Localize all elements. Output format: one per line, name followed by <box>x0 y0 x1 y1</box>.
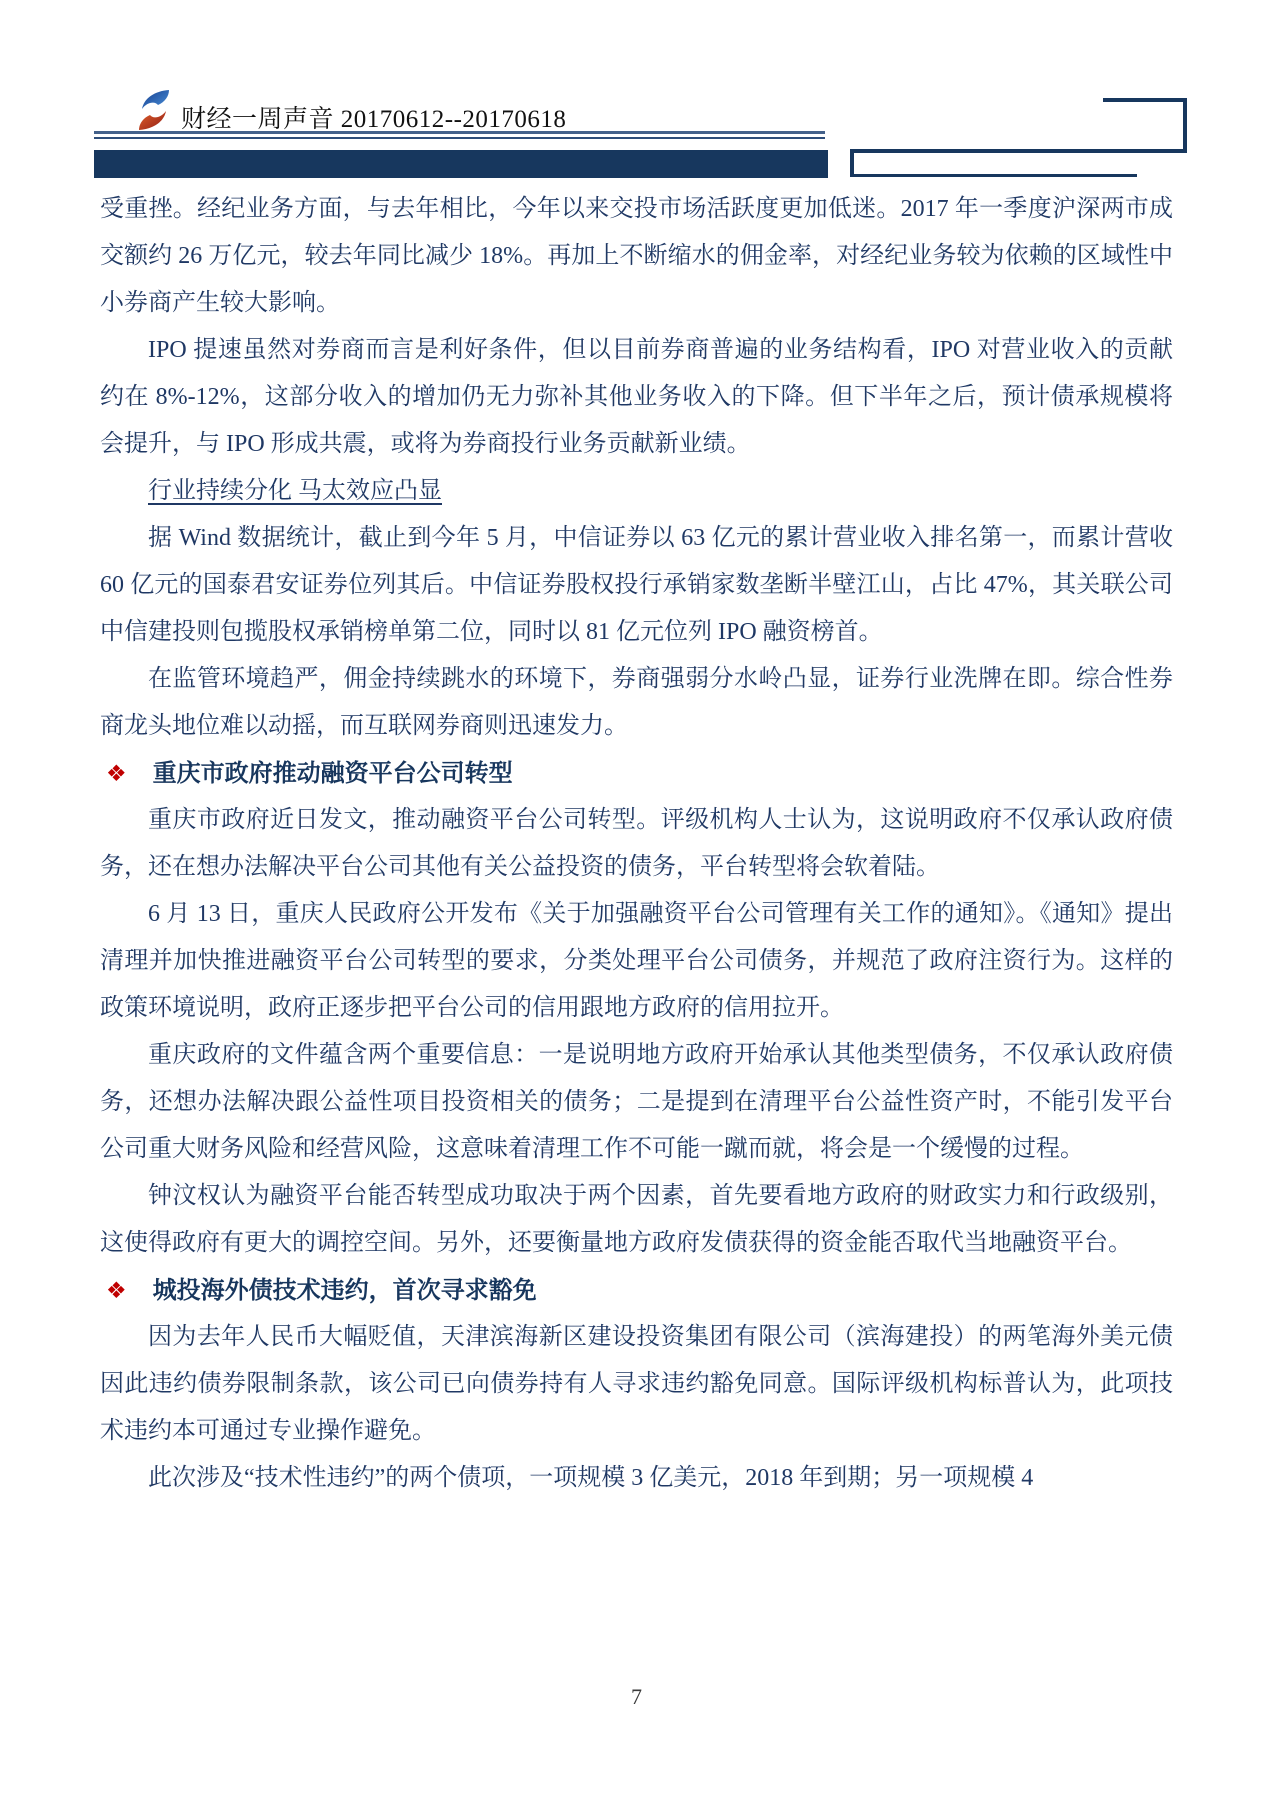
paragraph: 重庆政府的文件蕴含两个重要信息：一是说明地方政府开始承认其他类型债务，不仅承认政… <box>100 1032 1173 1173</box>
paragraph: 在监管环境趋严，佣金持续跳水的环境下，券商强弱分水岭凸显，证券行业洗牌在即。综合… <box>100 656 1173 750</box>
bullet-heading: ❖重庆市政府推动融资平台公司转型 <box>100 750 1173 797</box>
report-title: 财经一周声音 20170612--20170618 <box>181 99 566 135</box>
paragraph: 钟汶权认为融资平台能否转型成功取决于两个因素，首先要看地方政府的财政实力和行政级… <box>100 1173 1173 1267</box>
paragraph: 6 月 13 日，重庆人民政府公开发布《关于加强融资平台公司管理有关工作的通知》… <box>100 891 1173 1032</box>
diamond-bullet-icon: ❖ <box>100 760 127 786</box>
company-logo-icon <box>137 89 171 131</box>
paragraph: 因为去年人民币大幅贬值，天津滨海新区建设投资集团有限公司（滨海建投）的两笔海外美… <box>100 1314 1173 1455</box>
bullet-heading-text: 重庆市政府推动融资平台公司转型 <box>153 760 513 787</box>
document-body: 受重挫。经纪业务方面，与去年相比，今年以来交投市场活跃度更加低迷。2017 年一… <box>100 186 1173 1502</box>
subheading-text: 行业持续分化 马太效应凸显 <box>148 478 442 504</box>
paragraph: 受重挫。经纪业务方面，与去年相比，今年以来交投市场活跃度更加低迷。2017 年一… <box>100 186 1173 327</box>
section-subheading: 行业持续分化 马太效应凸显 <box>100 468 1173 515</box>
bullet-heading: ❖城投海外债技术违约，首次寻求豁免 <box>100 1267 1173 1314</box>
paragraph: IPO 提速虽然对券商而言是利好条件，但以目前券商普遍的业务结构看，IPO 对营… <box>100 327 1173 468</box>
header-double-rule <box>94 131 825 139</box>
diamond-bullet-icon: ❖ <box>100 1277 127 1303</box>
bullet-heading-text: 城投海外债技术违约，首次寻求豁免 <box>153 1277 537 1304</box>
paragraph: 重庆市政府近日发文，推动融资平台公司转型。评级机构人士认为，这说明政府不仅承认政… <box>100 797 1173 891</box>
paragraph: 此次涉及“技术性违约”的两个债项，一项规模 3 亿美元，2018 年到期；另一项… <box>100 1455 1173 1502</box>
corner-decoration-upper <box>1103 98 1187 151</box>
document-page: 财经一周声音 20170612--20170618 受重挫。经纪业务方面，与去年… <box>0 0 1273 1800</box>
corner-decoration-lower <box>850 153 1137 177</box>
header-navy-bar <box>94 150 828 178</box>
page-number: 7 <box>0 1684 1273 1710</box>
paragraph: 据 Wind 数据统计，截止到今年 5 月，中信证券以 63 亿元的累计营业收入… <box>100 515 1173 656</box>
